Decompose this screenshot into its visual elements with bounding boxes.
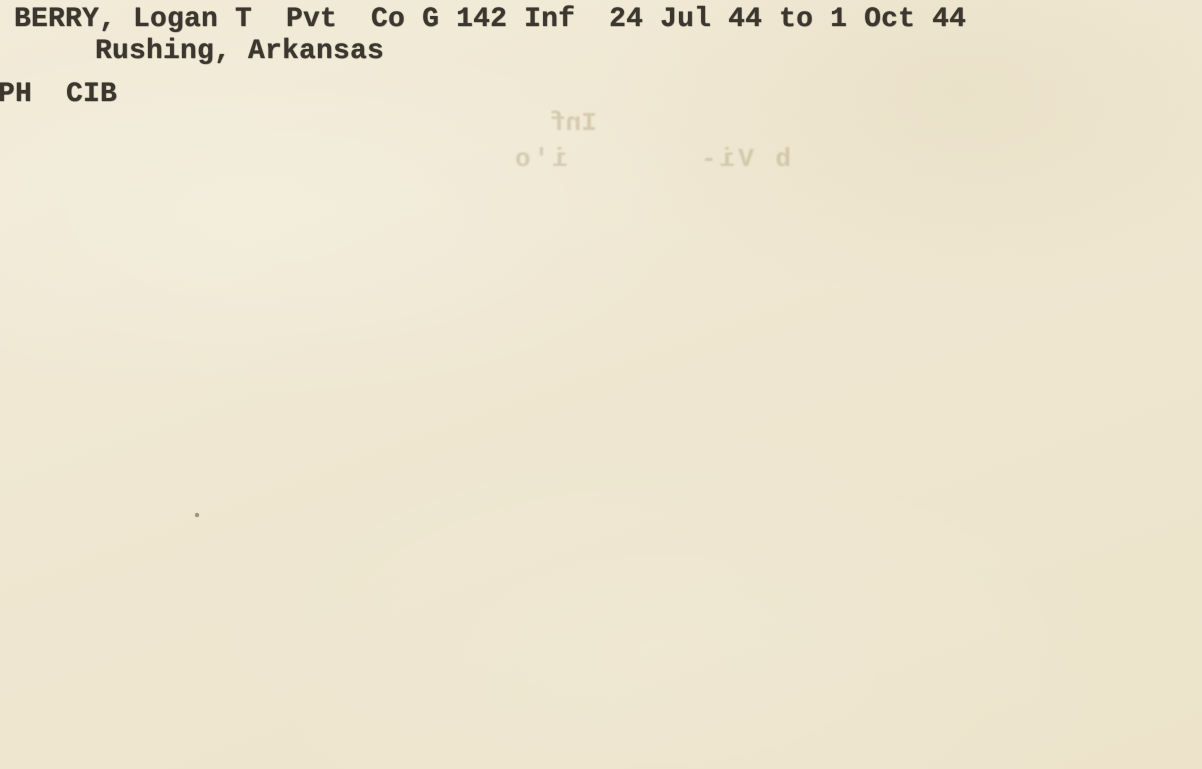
- hometown-line: Rushing, Arkansas: [95, 38, 384, 66]
- bleedthrough-ghost-text: b Vi- i'o: [512, 146, 791, 172]
- bleedthrough-ghost-text: Inf: [550, 110, 597, 136]
- awards-line: PH CIB: [0, 81, 117, 109]
- index-card: BERRY, Logan T Pvt Co G 142 Inf 24 Jul 4…: [0, 0, 1202, 769]
- service-record-line: BERRY, Logan T Pvt Co G 142 Inf 24 Jul 4…: [14, 6, 966, 34]
- paper-speck: [195, 513, 199, 517]
